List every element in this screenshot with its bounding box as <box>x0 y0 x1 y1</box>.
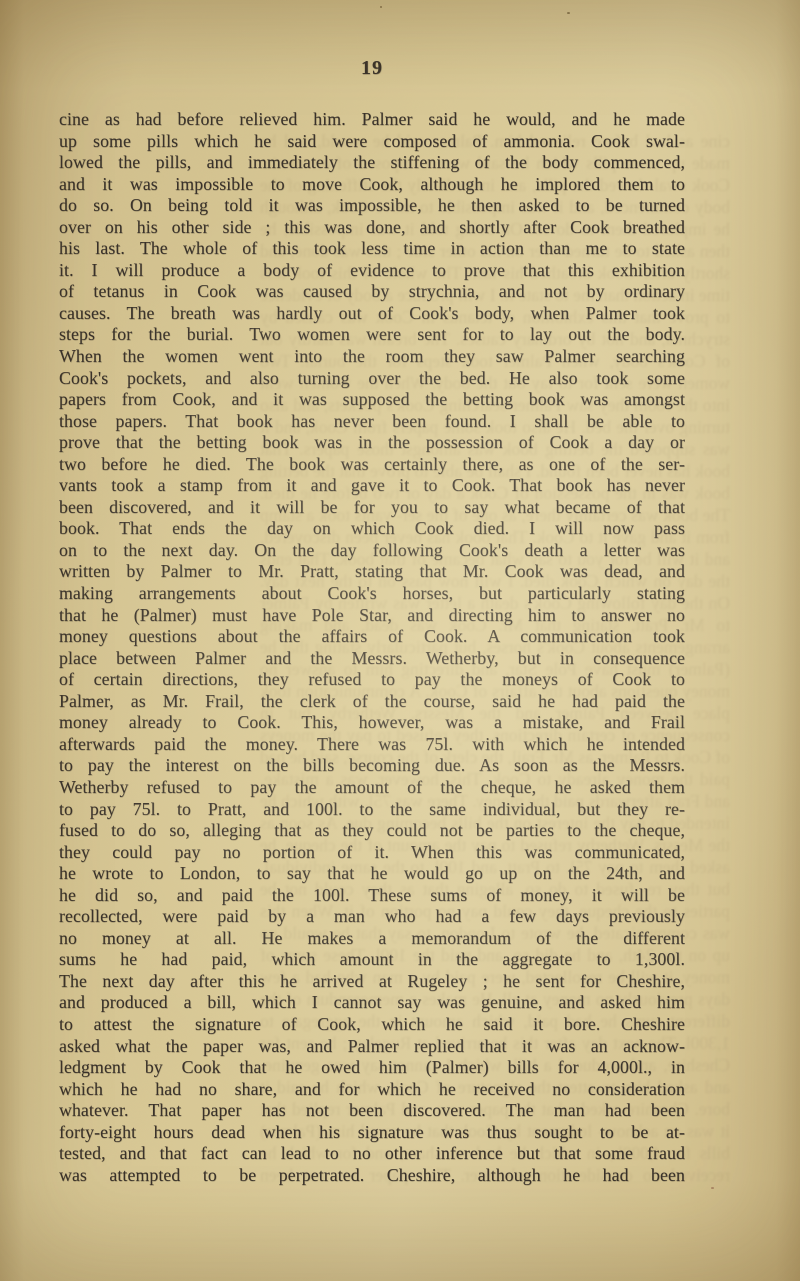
text-line: When the women went into the room they s… <box>59 346 685 368</box>
text-line: The next day after this he arrived at Ru… <box>59 971 685 993</box>
book-page: cine as had before relieved him. Palmer … <box>0 0 800 1281</box>
text-line: that he (Palmer) must have Pole Star, an… <box>59 605 685 627</box>
text-line: money already to Cook. This, however, wa… <box>59 712 685 734</box>
text-line: he did so, and paid the 100l. These sums… <box>59 885 685 907</box>
text-line: prove that the betting book was in the p… <box>59 432 685 454</box>
text-line: place between Palmer and the Messrs. Wet… <box>59 648 685 670</box>
text-line: fused to do so, alleging that as they co… <box>59 820 685 842</box>
text-line: sums he had paid, which amount in the ag… <box>59 949 685 971</box>
stain-speck <box>711 1187 714 1189</box>
page-number: 19 <box>59 57 685 80</box>
text-line: book. That ends the day on which Cook di… <box>59 518 685 540</box>
text-line: it. I will produce a body of evidence to… <box>59 260 685 282</box>
text-line: of certain directions, they refused to p… <box>59 669 685 691</box>
text-line: cine as had before relieved him. Palmer … <box>59 109 685 131</box>
text-line: Cook's pockets, and also turning over th… <box>59 368 685 390</box>
text-line: to pay 75l. to Pratt, and 100l. to the s… <box>59 799 685 821</box>
text-line: of tetanus in Cook was caused by strychn… <box>59 281 685 303</box>
text-line: no money at all. He makes a memorandum o… <box>59 928 685 950</box>
text-line: those papers. That book has never been f… <box>59 411 685 433</box>
text-line: was attempted to be perpetrated. Cheshir… <box>59 1165 685 1187</box>
text-line: asked what the paper was, and Palmer rep… <box>59 1036 685 1058</box>
text-line: over on his other side ; this was done, … <box>59 217 685 239</box>
text-line: money questions about the affairs of Coo… <box>59 626 685 648</box>
text-line: he wrote to London, to say that he would… <box>59 863 685 885</box>
stain-speck <box>247 316 249 318</box>
text-line: lowed the pills, and immediately the sti… <box>59 152 685 174</box>
text-line: tested, and that fact can lead to no oth… <box>59 1143 685 1165</box>
stain-speck <box>380 6 382 8</box>
text-line: which he had no share, and for which he … <box>59 1079 685 1101</box>
text-line: on to the next day. On the day following… <box>59 540 685 562</box>
text-line: making arrangements about Cook's horses,… <box>59 583 685 605</box>
text-line: his last. The whole of this took less ti… <box>59 238 685 260</box>
text-line: steps for the burial. Two women were sen… <box>59 324 685 346</box>
text-line: Palmer, as Mr. Frail, the clerk of the c… <box>59 691 685 713</box>
text-line: and produced a bill, which I cannot say … <box>59 992 685 1014</box>
text-line: up some pills which he said were compose… <box>59 131 685 153</box>
text-line: do so. On being told it was impossible, … <box>59 195 685 217</box>
text-line: they could pay no portion of it. When th… <box>59 842 685 864</box>
text-line: two before he died. The book was certain… <box>59 454 685 476</box>
text-line: papers from Cook, and it was supposed th… <box>59 389 685 411</box>
text-line: vants took a stamp from it and gave it t… <box>59 475 685 497</box>
text-line: Wetherby refused to pay the amount of th… <box>59 777 685 799</box>
text-line: causes. The breath was hardly out of Coo… <box>59 303 685 325</box>
body-text: cine as had before relieved him. Palmer … <box>59 109 685 1186</box>
stain-speck <box>567 12 570 14</box>
text-line: to pay the interest on the bills becomin… <box>59 755 685 777</box>
text-line: to attest the signature of Cook, which h… <box>59 1014 685 1036</box>
text-line: been discovered, and it will be for you … <box>59 497 685 519</box>
text-line: afterwards paid the money. There was 75l… <box>59 734 685 756</box>
text-line: and it was impossible to move Cook, alth… <box>59 174 685 196</box>
text-line: written by Palmer to Mr. Pratt, stating … <box>59 561 685 583</box>
text-line: whatever. That paper has not been discov… <box>59 1100 685 1122</box>
text-line: forty-eight hours dead when his signatur… <box>59 1122 685 1144</box>
text-line: recollected, were paid by a man who had … <box>59 906 685 928</box>
text-line: ledgment by Cook that he owed him (Palme… <box>59 1057 685 1079</box>
